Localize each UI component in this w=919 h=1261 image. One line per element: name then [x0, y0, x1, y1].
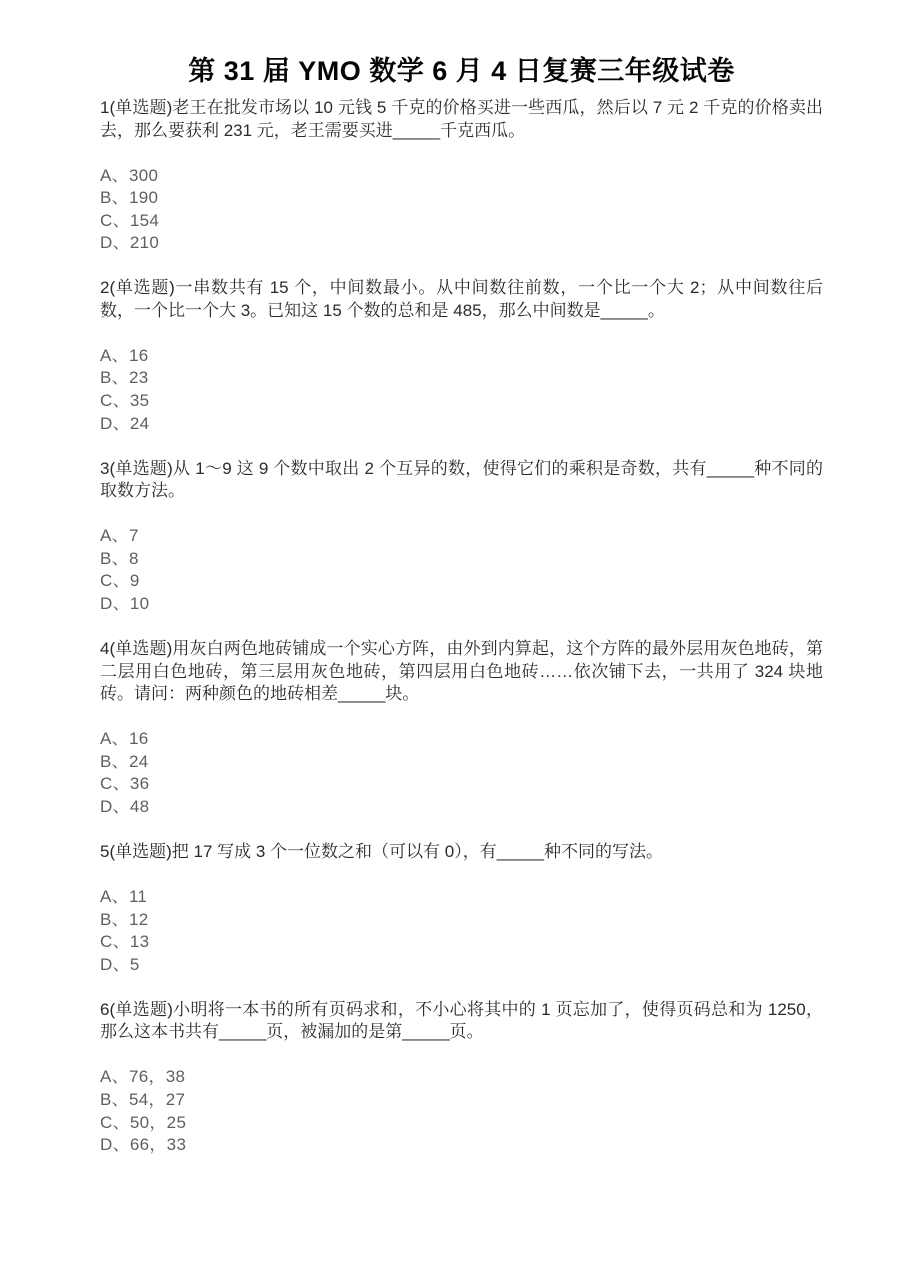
- question-3: 3(单选题)从 1～9 这 9 个数中取出 2 个互异的数，使得它们的乘积是奇数…: [100, 458, 823, 616]
- question-1: 1(单选题)老王在批发市场以 10 元钱 5 千克的价格买进一些西瓜，然后以 7…: [100, 97, 823, 255]
- question-2-option-a: A、16: [100, 345, 823, 368]
- question-1-option-b: B、190: [100, 187, 823, 210]
- question-1-options: A、300 B、190 C、154 D、210: [100, 165, 823, 255]
- question-1-text: 1(单选题)老王在批发市场以 10 元钱 5 千克的价格买进一些西瓜，然后以 7…: [100, 97, 823, 142]
- question-2-option-d: D、24: [100, 413, 823, 436]
- question-2: 2(单选题)一串数共有 15 个，中间数最小。从中间数往前数，一个比一个大 2；…: [100, 277, 823, 435]
- question-5-options: A、11 B、12 C、13 D、5: [100, 886, 823, 976]
- question-5-option-a: A、11: [100, 886, 823, 909]
- question-5-option-d: D、5: [100, 954, 823, 977]
- question-4-text: 4(单选题)用灰白两色地砖铺成一个实心方阵，由外到内算起，这个方阵的最外层用灰色…: [100, 638, 823, 706]
- question-4-option-c: C、36: [100, 773, 823, 796]
- question-4: 4(单选题)用灰白两色地砖铺成一个实心方阵，由外到内算起，这个方阵的最外层用灰色…: [100, 638, 823, 818]
- question-3-option-b: B、8: [100, 548, 823, 571]
- question-5-option-b: B、12: [100, 909, 823, 932]
- question-6-option-d: D、66，33: [100, 1134, 823, 1157]
- question-3-option-d: D、10: [100, 593, 823, 616]
- question-3-option-a: A、7: [100, 525, 823, 548]
- question-6-option-a: A、76，38: [100, 1066, 823, 1089]
- exam-paper-page: 第 31 届 YMO 数学 6 月 4 日复赛三年级试卷 1(单选题)老王在批发…: [0, 0, 919, 1261]
- question-4-option-a: A、16: [100, 728, 823, 751]
- question-5-text: 5(单选题)把 17 写成 3 个一位数之和（可以有 0），有_____种不同的…: [100, 841, 823, 864]
- question-1-option-c: C、154: [100, 210, 823, 233]
- question-3-options: A、7 B、8 C、9 D、10: [100, 525, 823, 615]
- question-4-option-b: B、24: [100, 751, 823, 774]
- question-5: 5(单选题)把 17 写成 3 个一位数之和（可以有 0），有_____种不同的…: [100, 841, 823, 976]
- question-1-option-a: A、300: [100, 165, 823, 188]
- question-4-option-d: D、48: [100, 796, 823, 819]
- question-6-option-b: B、54，27: [100, 1089, 823, 1112]
- question-5-option-c: C、13: [100, 931, 823, 954]
- question-4-options: A、16 B、24 C、36 D、48: [100, 728, 823, 818]
- question-2-option-b: B、23: [100, 367, 823, 390]
- question-2-options: A、16 B、23 C、35 D、24: [100, 345, 823, 435]
- question-1-option-d: D、210: [100, 232, 823, 255]
- question-6-options: A、76，38 B、54，27 C、50，25 D、66，33: [100, 1066, 823, 1156]
- page-title: 第 31 届 YMO 数学 6 月 4 日复赛三年级试卷: [100, 55, 823, 88]
- question-3-text: 3(单选题)从 1～9 这 9 个数中取出 2 个互异的数，使得它们的乘积是奇数…: [100, 458, 823, 503]
- question-6-option-c: C、50，25: [100, 1112, 823, 1135]
- question-6-text: 6(单选题)小明将一本书的所有页码求和，不小心将其中的 1 页忘加了，使得页码总…: [100, 999, 823, 1044]
- question-2-option-c: C、35: [100, 390, 823, 413]
- question-6: 6(单选题)小明将一本书的所有页码求和，不小心将其中的 1 页忘加了，使得页码总…: [100, 999, 823, 1157]
- question-2-text: 2(单选题)一串数共有 15 个，中间数最小。从中间数往前数，一个比一个大 2；…: [100, 277, 823, 322]
- question-3-option-c: C、9: [100, 570, 823, 593]
